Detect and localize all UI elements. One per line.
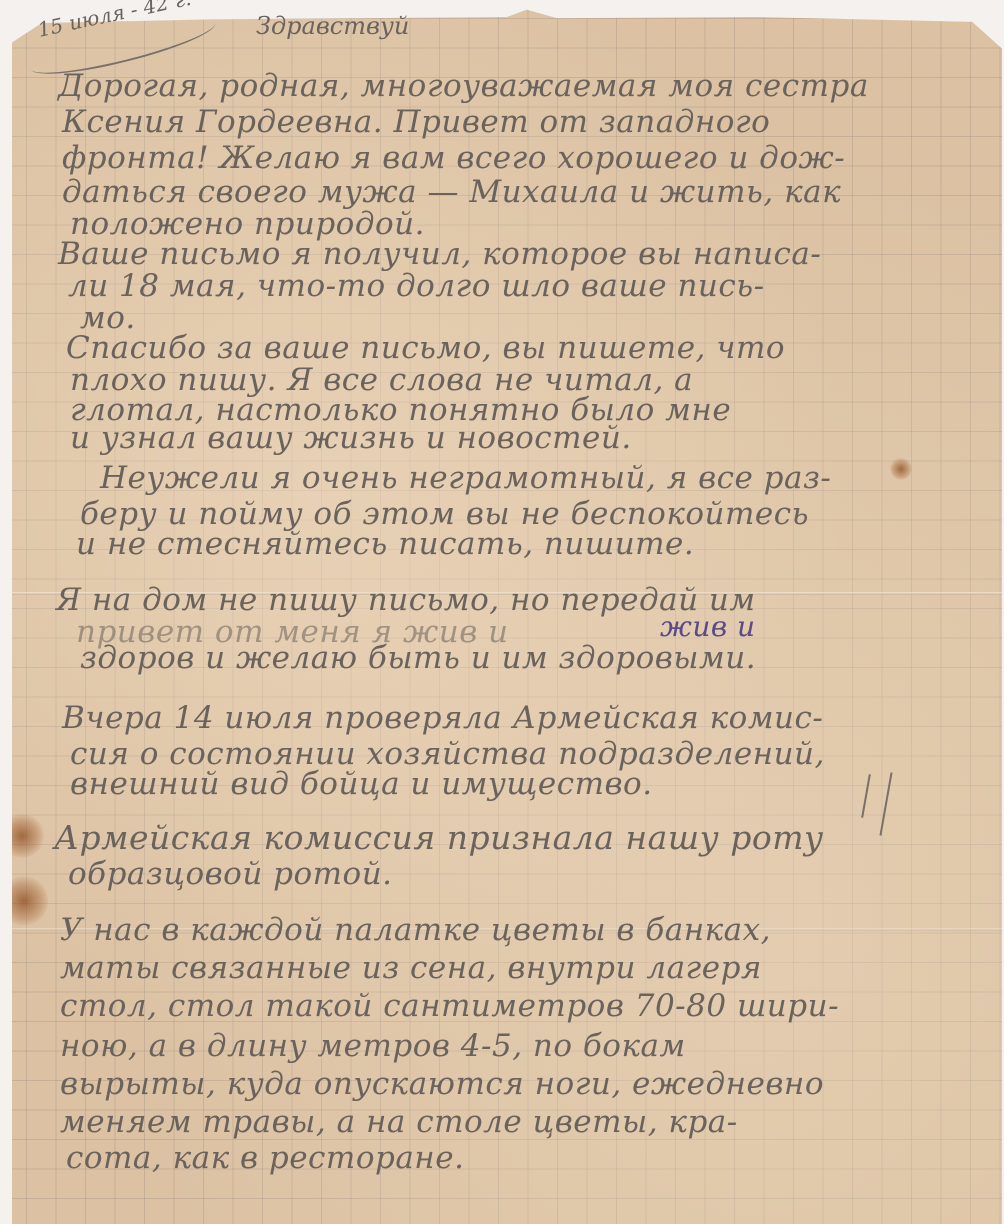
letter-line: образцовой ротой.	[68, 856, 393, 892]
letter-line: и не стесняйтесь писать, пишите.	[76, 526, 694, 562]
letter-line: и узнал вашу жизнь и новостей.	[70, 420, 632, 456]
letter-line: даться своего мужа — Михаила и жить, как	[62, 174, 841, 210]
scanned-letter: 15 июля - 42 г. Здравствуй Дорогая, родн…	[0, 0, 1004, 1224]
stain	[890, 458, 912, 480]
letter-line: Ваше письмо я получил, которое вы написа…	[58, 236, 821, 272]
letter-line: Спасибо за ваше письмо, вы пишете, что	[66, 330, 785, 366]
letter-line: ли 18 мая, что-то долго шло ваше пись-	[68, 268, 765, 304]
letter-line: стол, стол такой сантиметров 70-80 шири-	[60, 988, 839, 1024]
letter-line: Армейская комиссия признала нашу роту	[54, 818, 824, 857]
letter-greeting: Здравствуй	[256, 12, 409, 40]
letter-line: У нас в каждой палатке цветы в банках,	[60, 912, 771, 948]
letter-line: Дорогая, родная, многоуважаемая моя сест…	[58, 68, 869, 104]
letter-line: Вчера 14 июля проверяла Армейская комис-	[62, 700, 823, 736]
stain	[0, 814, 44, 858]
letter-line: сота, как в ресторане.	[66, 1140, 464, 1176]
letter-line: ною, а в длину метров 4-5, по бокам	[60, 1028, 686, 1064]
letter-line: внешний вид бойца и имущество.	[70, 766, 653, 802]
letter-line: Я на дом не пишу письмо, но передай им	[56, 582, 756, 618]
letter-line: меняем травы, а на столе цветы, кра-	[60, 1104, 738, 1140]
letter-line: вырыты, куда опускаются ноги, ежедневно	[60, 1066, 824, 1102]
letter-line: фронта! Желаю я вам всего хорошего и дож…	[62, 140, 845, 176]
letter-line: здоров и желаю быть и им здоровыми.	[80, 640, 756, 676]
letter-line: Неужели я очень неграмотный, я все раз-	[100, 460, 831, 496]
letter-line: маты связанные из сена, внутри лагеря	[60, 950, 762, 986]
stain	[0, 876, 48, 926]
letter-line: Ксения Гордеевна. Привет от западного	[62, 104, 770, 140]
purple-ink-insert: жив и	[660, 610, 756, 643]
